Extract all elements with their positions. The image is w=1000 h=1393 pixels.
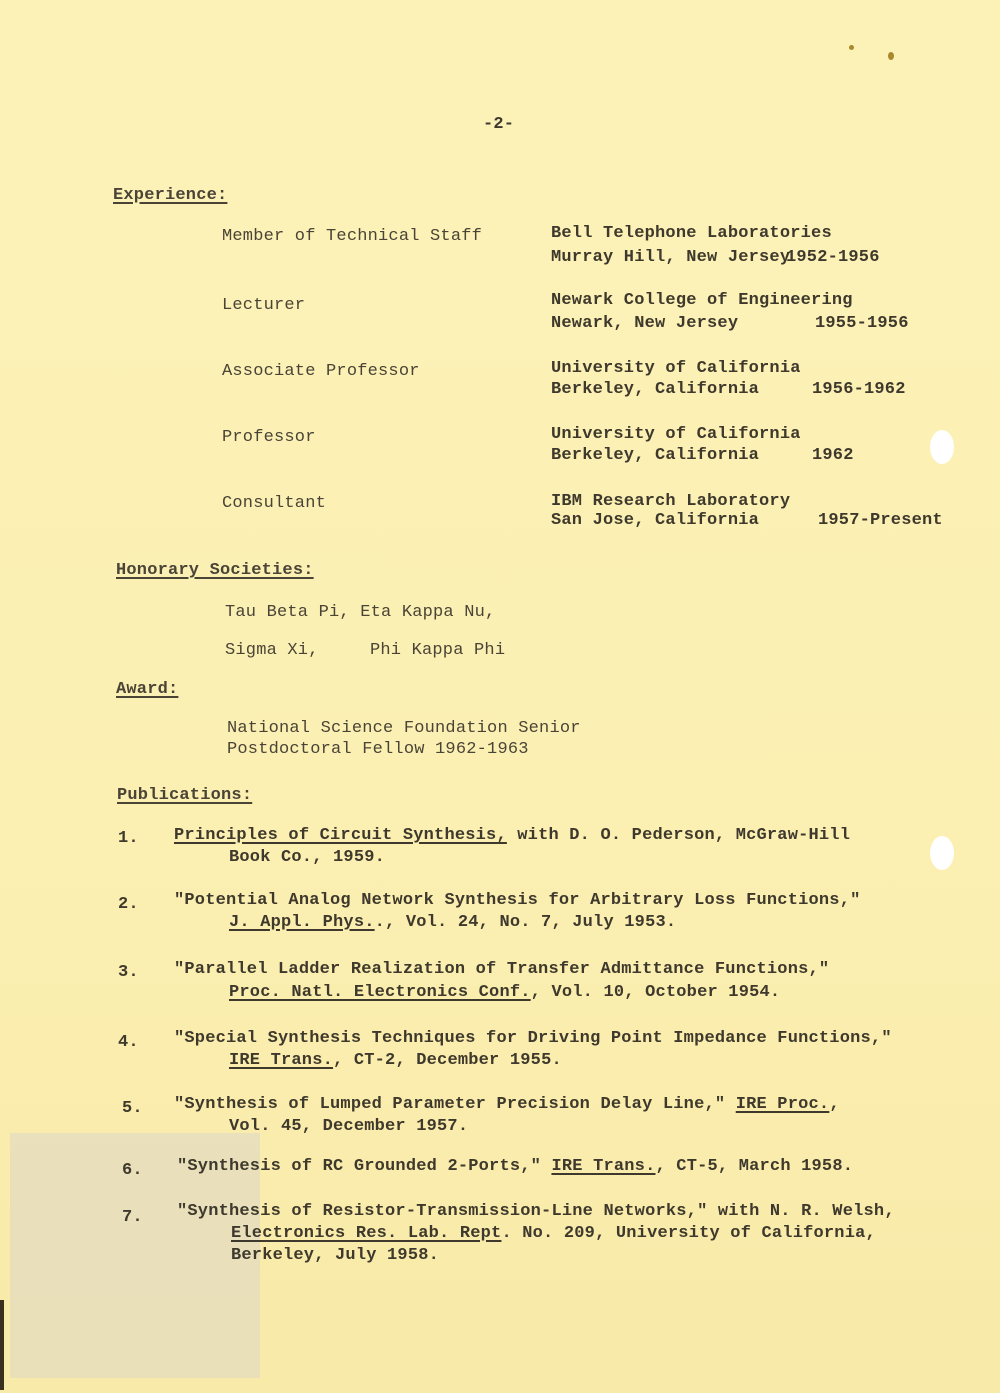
publications-heading: Publications: <box>117 786 252 805</box>
pub-line: Electronics Res. Lab. Rept. No. 209, Uni… <box>231 1224 876 1243</box>
punch-hole <box>930 836 954 870</box>
pub-journal: J. Appl. Phys. <box>229 913 375 932</box>
page-edge <box>0 1300 4 1390</box>
pub-journal: Electronics Res. Lab. Rept <box>231 1224 501 1243</box>
job-title: Professor <box>222 428 316 447</box>
job-years: 1957-Present <box>818 511 943 530</box>
job-title: Member of Technical Staff <box>222 227 482 246</box>
award-line: Postdoctoral Fellow 1962-1963 <box>227 740 529 759</box>
job-org: Newark College of Engineering <box>551 291 853 310</box>
job-location: San Jose, California <box>551 511 759 530</box>
pub-line: "Synthesis of RC Grounded 2-Ports," IRE … <box>177 1157 853 1176</box>
job-org: Bell Telephone Laboratories <box>551 224 832 243</box>
job-org: University of California <box>551 425 801 444</box>
job-location: Newark, New Jersey <box>551 314 738 333</box>
pub-number: 3. <box>118 963 139 982</box>
job-years: 1955-1956 <box>815 314 909 333</box>
pub-number: 2. <box>118 895 139 914</box>
stain-mark <box>849 45 854 50</box>
job-location: Berkeley, California <box>551 380 759 399</box>
experience-heading: Experience: <box>113 186 227 205</box>
pub-line: "Parallel Ladder Realization of Transfer… <box>174 960 829 979</box>
pub-journal: IRE Proc. <box>736 1095 830 1114</box>
pub-number: 6. <box>122 1161 143 1180</box>
pub-line: "Special Synthesis Techniques for Drivin… <box>174 1029 892 1048</box>
pub-line: Principles of Circuit Synthesis, with D.… <box>174 826 850 845</box>
award-line: National Science Foundation Senior <box>227 719 581 738</box>
job-years: 1956-1962 <box>812 380 906 399</box>
pub-line: "Potential Analog Network Synthesis for … <box>174 891 861 910</box>
pub-line: Vol. 45, December 1957. <box>229 1117 468 1136</box>
society-line: Tau Beta Pi, Eta Kappa Nu, <box>225 603 495 622</box>
page-number: -2- <box>483 115 514 134</box>
job-location: Berkeley, California <box>551 446 759 465</box>
job-title: Consultant <box>222 494 326 513</box>
pub-journal: IRE Trans. <box>551 1157 655 1176</box>
pub-line: Berkeley, July 1958. <box>231 1246 439 1265</box>
pub-line: "Synthesis of Lumped Parameter Precision… <box>174 1095 840 1114</box>
pub-title: Principles of Circuit Synthesis, <box>174 826 507 845</box>
stain-mark <box>888 52 894 60</box>
pub-line: Proc. Natl. Electronics Conf., Vol. 10, … <box>229 983 780 1002</box>
job-org: University of California <box>551 359 801 378</box>
pub-line: Book Co., 1959. <box>229 848 385 867</box>
punch-hole <box>930 430 954 464</box>
document-page: -2- Experience: Member of Technical Staf… <box>0 0 1000 1393</box>
pub-number: 1. <box>118 829 139 848</box>
pub-number: 5. <box>122 1099 143 1118</box>
society-line: Sigma Xi, <box>225 641 319 660</box>
job-title: Lecturer <box>222 296 305 315</box>
pub-journal: Proc. Natl. Electronics Conf. <box>229 983 531 1002</box>
job-org: IBM Research Laboratory <box>551 492 790 511</box>
pub-line: "Synthesis of Resistor-Transmission-Line… <box>177 1202 895 1221</box>
job-years: 1962 <box>812 446 854 465</box>
honorary-heading: Honorary Societies: <box>116 561 314 580</box>
job-years: 1952-1956 <box>786 248 880 267</box>
pub-number: 4. <box>118 1033 139 1052</box>
pub-line: J. Appl. Phys.., Vol. 24, No. 7, July 19… <box>229 913 676 932</box>
job-title: Associate Professor <box>222 362 420 381</box>
pub-line: IRE Trans., CT-2, December 1955. <box>229 1051 562 1070</box>
society-line: Phi Kappa Phi <box>370 641 505 660</box>
award-heading: Award: <box>116 680 178 699</box>
pub-number: 7. <box>122 1208 143 1227</box>
pub-journal: IRE Trans. <box>229 1051 333 1070</box>
job-location: Murray Hill, New Jersey <box>551 248 790 267</box>
